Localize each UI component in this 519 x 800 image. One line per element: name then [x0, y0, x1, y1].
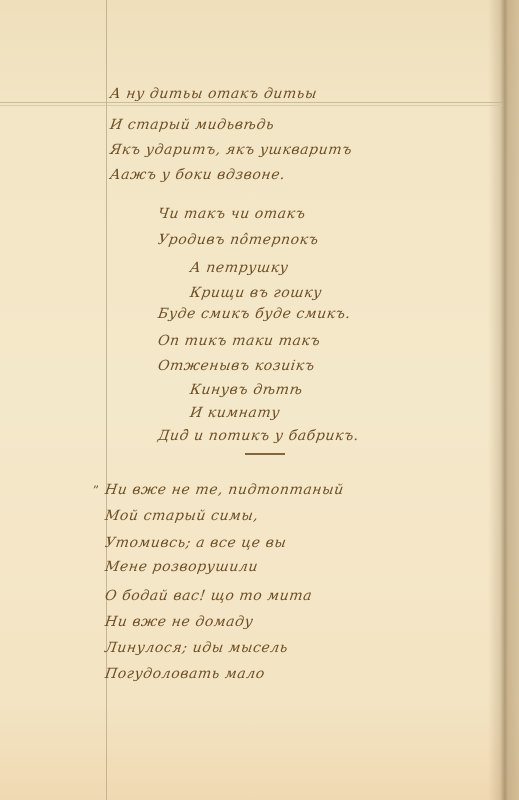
stanza3-line-1: Ни вже не те, пидтоптаный [104, 482, 345, 498]
stanza3-line-2: Мой старый симы, [104, 508, 260, 524]
stanza3-line-8: Погудоловать мало [104, 666, 266, 682]
stanza2-line-7: Отженывъ козиікъ [157, 358, 316, 374]
stanza3-line-6: Ни вже не домаду [104, 614, 255, 630]
stanza2-line-5: Буде смикъ буде смикъ. [157, 306, 352, 322]
stanza1-line-4: Аажъ у боки вдзвоне. [109, 167, 286, 183]
stanza1-line-1: А ну дитьы отакъ дитьы [109, 86, 318, 102]
stanza2-line-3: А петрушку [189, 260, 290, 276]
stanza2-line-6: Оп тикъ таки такъ [157, 333, 322, 349]
stanza3-line-5: О бодай вас! що то мита [104, 588, 313, 604]
opening-quote-mark: „ [93, 476, 99, 490]
stanza2-line-10: Дид̑ и потикъ у бабрикъ. [157, 428, 360, 444]
stanza3-line-7: Линулося; иды мысель [104, 640, 289, 656]
stanza1-line-3: Якъ ударитъ, якъ ушкваритъ [109, 142, 353, 158]
stanza2-line-1: Чи такъ чи отакъ [157, 206, 307, 222]
manuscript-page: А ну дитьы отакъ дитьы И старый мидьвѣдь… [0, 0, 519, 800]
stanza2-line-4: Крищи въ гошку [189, 285, 323, 301]
section-divider [245, 453, 285, 455]
stanza2-line-2: Уродивъ пôтерпокъ [157, 232, 320, 248]
stanza3-line-3: Утомивсь; а все це вы [104, 535, 288, 551]
stanza3-line-4: Мене розворушили [104, 559, 259, 575]
horizontal-rule-line [0, 102, 503, 106]
stanza2-line-8: Кинувъ дѣтѣ [189, 382, 304, 398]
stanza2-line-9: И кимнату [189, 405, 281, 421]
stanza1-line-2: И старый мидьвѣдь [109, 117, 276, 133]
